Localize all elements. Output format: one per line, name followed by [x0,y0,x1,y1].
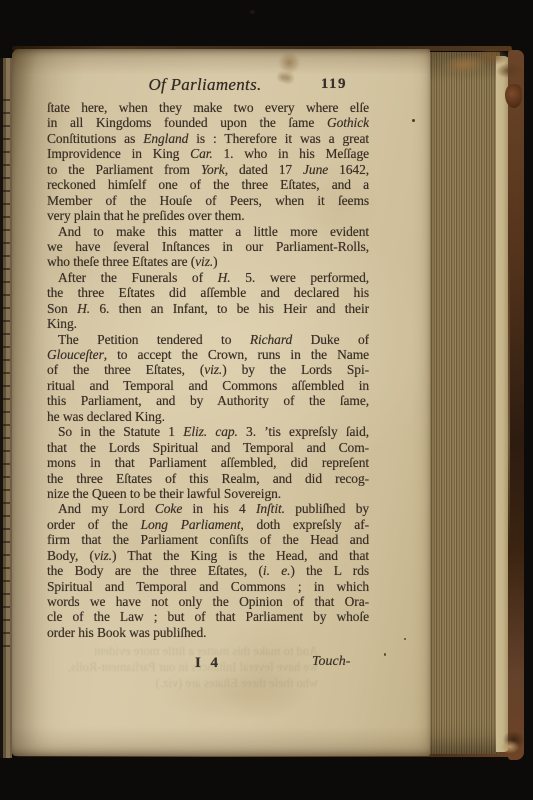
text-segment: King. [47,316,77,331]
text-line: Son H. 6. then an Infant, to be his Heir… [47,301,369,316]
text-block: ſtate here, when they make two every whe… [47,100,369,640]
text-segment: is : Therefore it was a great [188,131,369,146]
text-line: we have ſeveral Inſtances in our Parliam… [47,239,369,254]
text-segment: Spiritual and Temporal and Commons ; in … [47,579,369,594]
text-segment: Duke of [292,332,369,347]
text-segment: ) the L rds [290,563,369,578]
text-segment: Car. [190,146,213,161]
ghost-line: who theſe three Eſtates are (viz.) [50,675,318,691]
text-segment: ) by the Lords Spi- [222,362,369,377]
text-line: reckoned himſelf one of the three Eſtate… [47,177,369,192]
text-line: ritual and Temporal and Commons aſſemble… [47,378,369,393]
text-segment: nize the Queen to be their lawful Sovere… [47,486,281,501]
text-line: Conſtitutions as England is : Therefore … [47,131,369,146]
text-segment: that the Lords Spiritual and Temporal an… [47,440,369,455]
text-segment: 1642, [328,162,369,177]
text-line: of the three Eſtates, (viz.) by the Lord… [47,362,369,377]
text-segment: Gothick [327,115,369,130]
text-line: So in the Statute 1 Eliz. cap. 3. ’tis e… [47,424,369,439]
text-segment: After the Funerals of [58,270,218,285]
text-segment: And to make this matter a little more ev… [58,224,369,239]
text-segment: of the three Eſtates, ( [47,362,204,377]
text-segment: 3. ’tis expreſsly ſaid, [238,424,369,439]
text-segment: H. [77,301,90,316]
text-line: King. [47,316,369,331]
text-segment: publiſhed by [285,501,369,516]
text-segment: , doth expreſsly af- [240,517,369,532]
text-segment: Improvidence in King [47,146,190,161]
text-segment: the three Eſtates did aſſemble and decla… [47,285,369,300]
text-line: ſtate here, when they make two every whe… [47,100,369,115]
text-line: who theſe three Eſtates are (viz.) [47,254,369,269]
text-line: this Parliament, and by Authority of the… [47,393,369,408]
catchword: Touch- [312,654,350,670]
page-number: 119 [307,76,347,93]
text-segment: The Petition tendered to [58,332,250,347]
text-segment: 6. then an Infant, to be his Heir and th… [90,301,369,316]
text-segment: to the Parliament from [47,162,201,177]
text-segment: ritual and Temporal and Commons aſſemble… [47,378,369,393]
text-line: And my Lord Coke in his 4 Inſtit. publiſ… [47,501,369,516]
text-segment: Body, ( [47,548,94,563]
text-segment: viz. [195,254,213,269]
text-segment: , to accept the Crown, runs in the Name [104,347,369,362]
text-segment: Conſtitutions as [47,131,143,146]
text-segment: June [303,162,328,177]
text-segment: Son [47,301,77,316]
text-segment: the Body are the three Eſtates, ( [47,563,263,578]
text-segment: H. [218,270,231,285]
text-line: order of the Long Parliament, doth expre… [47,517,369,532]
text-line: Improvidence in King Car. 1. who in his … [47,146,369,161]
text-line: After the Funerals of H. 5. were perform… [47,270,369,285]
text-segment: 1. who in his Meſſage [213,146,369,161]
text-segment: mons in that Parliament aſſembled, did r… [47,455,369,470]
text-line: And to make this matter a little more ev… [47,224,369,239]
text-segment: ſtate here, when they make two every whe… [47,100,369,115]
text-line: Spiritual and Temporal and Commons ; in … [47,579,369,594]
text-line: in all Kingdoms founded upon the ſame Go… [47,115,369,130]
text-line: the three Eſtates of this Realm, and did… [47,471,369,486]
stain [274,65,302,91]
text-line: the three Eſtates did aſſemble and decla… [47,285,369,300]
text-line: words we have not only the Opinion of th… [47,594,369,609]
text-line: Body, (viz.) That the King is the Head, … [47,548,369,563]
running-header-title: Of Parliaments. [140,75,270,95]
fore-edge-page-block [430,52,500,754]
text-segment: cle of the Law ; but of that Parliament … [47,609,369,624]
text-segment: who theſe three Eſtates are ( [47,254,195,269]
text-line: to the Parliament from York, dated 17 Ju… [47,162,369,177]
text-segment: And my Lord [58,501,155,516]
text-segment: Eliz. cap. [183,424,238,439]
text-segment: So in the Statute 1 [58,424,183,439]
facing-page-edge [0,58,12,758]
text-segment: , dated 17 [225,162,303,177]
text-segment: he was declared King. [47,409,165,424]
text-line: mons in that Parliament aſſembled, did r… [47,455,369,470]
text-segment: this Parliament, and by Authority of the… [47,393,369,408]
text-segment: viz. [94,548,112,563]
text-line: order his Book was publiſhed. [47,625,369,640]
text-segment: the three Eſtates of this Realm, and did… [47,471,369,486]
text-segment: order of the [47,517,141,532]
text-segment: 5. were performed, [231,270,369,285]
text-segment: i. e. [263,563,290,578]
text-line: that the Lords Spiritual and Temporal an… [47,440,369,455]
text-segment: we have ſeveral Inſtances in our Parliam… [47,239,369,254]
text-line: Glouceſter, to accept the Crown, runs in… [47,347,369,362]
book-scan-scene: Of Parliaments. 119 And to make this mat… [0,0,533,800]
text-segment: reckoned himſelf one of the three Eſtate… [47,177,369,192]
background-speck [250,10,255,14]
text-segment: Richard [250,332,292,347]
text-segment: Member of the Houſe of Peers, when it ſe… [47,193,369,208]
text-line: he was declared King. [47,409,369,424]
ink-speck [412,119,415,122]
text-segment: order his Book was publiſhed. [47,625,206,640]
text-line: the Body are the three Eſtates, (i. e.) … [47,563,369,578]
book-page: Of Parliaments. 119 And to make this mat… [12,49,430,756]
text-line: firm that the Parliament conſiſts of the… [47,532,369,547]
text-segment: York [201,162,225,177]
ink-speck [404,638,406,640]
text-segment: viz. [204,362,222,377]
text-segment: England [143,131,188,146]
leather-cover-edge [508,50,524,760]
text-segment: Coke [155,501,182,516]
text-line: very plain that he preſides over them. [47,208,369,223]
text-segment: Inſtit. [256,501,285,516]
text-segment: ) That the King is the Head, and that [112,548,369,563]
text-segment: Long Parliament [141,517,241,532]
ink-speck [384,653,386,656]
worn-corner [497,730,525,758]
text-line: The Petition tendered to Richard Duke of [47,332,369,347]
text-segment: very plain that he preſides over them. [47,208,245,223]
text-line: cle of the Law ; but of that Parliament … [47,609,369,624]
text-line: Member of the Houſe of Peers, when it ſe… [47,193,369,208]
text-segment: firm that the Parliament conſiſts of the… [47,532,369,547]
text-segment: words we have not only the Opinion of th… [47,594,369,609]
text-segment: in his 4 [182,501,256,516]
text-segment: ) [213,254,217,269]
text-line: nize the Queen to be their lawful Sovere… [47,486,369,501]
text-segment: in all Kingdoms founded upon the ſame [47,115,327,130]
leather-fragment [505,84,522,108]
text-segment: Glouceſter [47,347,104,362]
